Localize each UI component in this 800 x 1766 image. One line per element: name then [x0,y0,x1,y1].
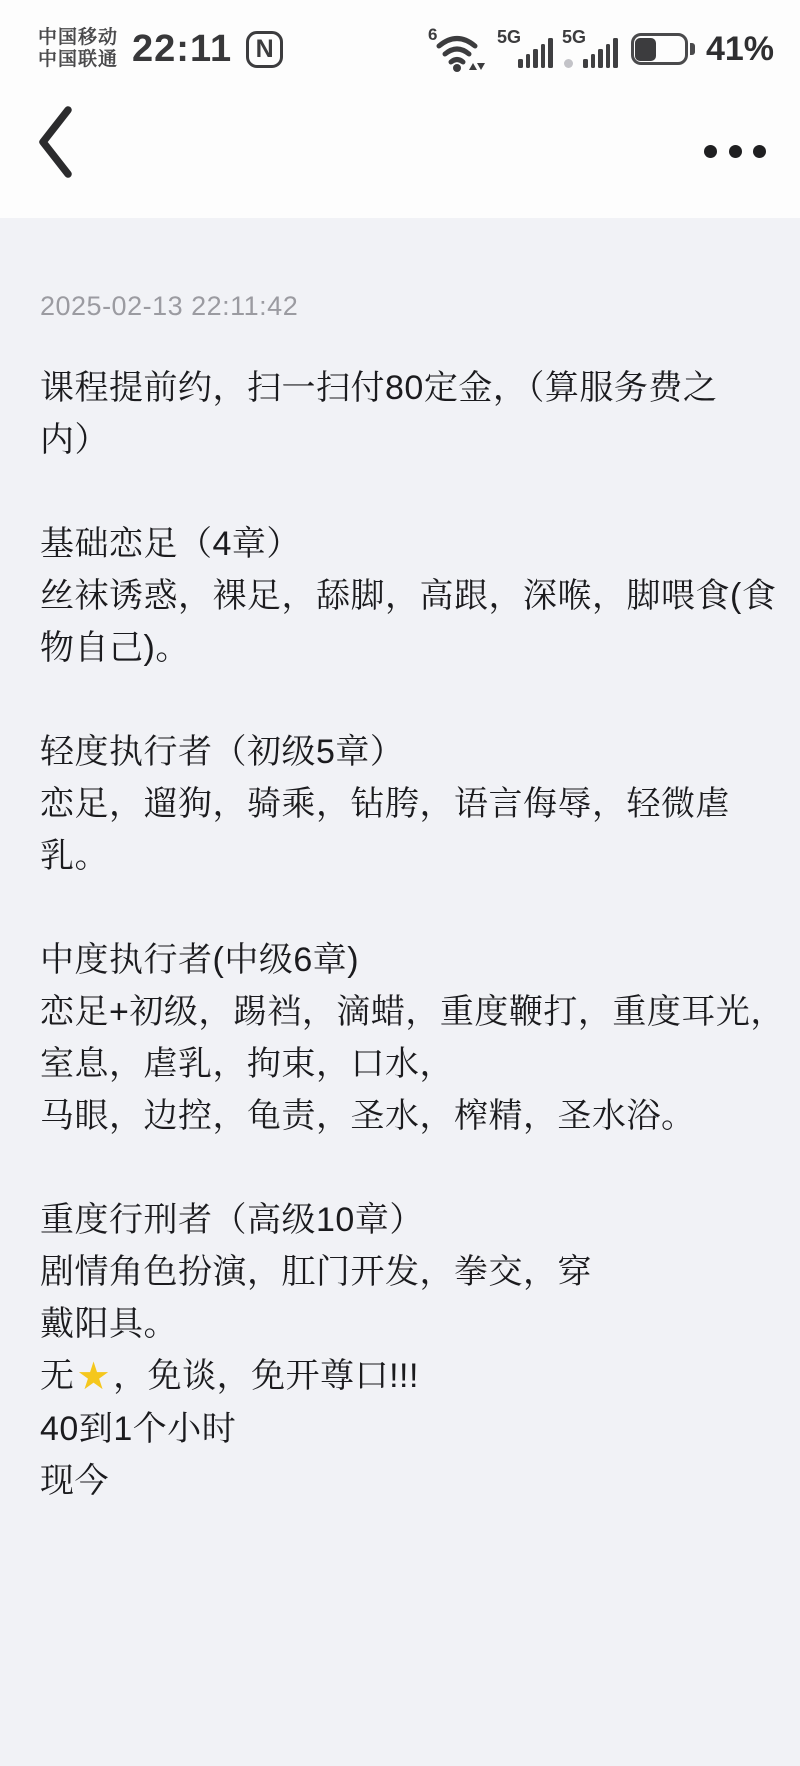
signal-bars-sim2 [583,38,618,68]
battery-percentage: 41% [706,30,774,69]
star-icon: ★ [77,1356,112,1398]
more-options-button[interactable] [704,136,766,166]
carrier-secondary: 中国联通 [38,49,118,71]
note-line: 40到1个小时 [40,1403,760,1455]
battery-icon [631,33,697,65]
note-line: 物自己)。 [40,622,760,674]
nav-bar [0,88,800,218]
note-line: 恋足+初级，踢裆，滴蜡，重度鞭打，重度耳光， [40,986,760,1038]
note-line: 课程提前约，扫一扫付80定金，（算服务费之 [40,362,760,414]
note-content: 2025-02-13 22:11:42 课程提前约，扫一扫付80定金，（算服务费… [0,218,800,1766]
more-dot-icon [704,145,717,158]
wifi-icon: 6 [430,26,488,72]
network-type-sim1: 5G [497,27,521,48]
note-line: 基础恋足（4章） [40,518,760,570]
signal-dot-icon [564,59,573,68]
status-bar-left: 中国移动 中国联通 22:11 N [38,27,283,71]
note-line: 中度执行者(中级6章) [40,934,760,986]
wifi-arcs-icon [436,30,486,72]
status-bar-right: 6 5G 5G [430,26,774,72]
nfc-glyph: N [256,35,274,64]
note-line: 戴阳具。 [40,1298,760,1350]
note-line: 无★，免谈，免开尊口!!! [40,1350,760,1403]
note-line: 轻度执行者（初级5章） [40,726,760,778]
status-bar: 中国移动 中国联通 22:11 N 6 5G [0,0,800,88]
note-line: 室息，虐乳，拘束，口水， [40,1038,760,1090]
back-chevron-icon [34,103,76,181]
carrier-names: 中国移动 中国联通 [38,27,118,71]
status-clock: 22:11 [132,28,232,71]
note-line: 丝袜诱惑，裸足，舔脚，高跟，深喉，脚喂食(食 [40,570,760,622]
battery-nub [690,43,695,55]
note-line: 重度行刑者（高级10章） [40,1194,760,1246]
note-line: 马眼，边控，龟责，圣水，榨精，圣水浴。 [40,1090,760,1142]
carrier-primary: 中国移动 [38,27,118,49]
note-line: 恋足，遛狗，骑乘，钻胯，语言侮辱，轻微虐 [40,778,760,830]
note-blank-line [40,674,760,726]
note-line: 乳。 [40,830,760,882]
signal-sim2-icon: 5G [562,26,618,72]
more-dot-icon [753,145,766,158]
back-button[interactable] [34,100,82,184]
phone-screen: 中国移动 中国联通 22:11 N 6 5G [0,0,800,1766]
note-line: 现今 [40,1455,760,1507]
note-body: 课程提前约，扫一扫付80定金，（算服务费之内）基础恋足（4章）丝袜诱惑，裸足，舔… [40,362,760,1507]
note-blank-line [40,466,760,518]
signal-bars-sim1 [518,38,553,68]
note-line: 内） [40,414,760,466]
note-timestamp: 2025-02-13 22:11:42 [40,290,760,322]
more-dot-icon [729,145,742,158]
note-blank-line [40,1142,760,1194]
nfc-icon: N [246,31,283,68]
battery-fill [635,38,656,61]
note-line: 剧情角色扮演，肛门开发，拳交，穿 [40,1246,760,1298]
signal-sim1-icon: 5G [497,26,553,72]
network-type-sim2: 5G [562,27,586,48]
note-blank-line [40,882,760,934]
